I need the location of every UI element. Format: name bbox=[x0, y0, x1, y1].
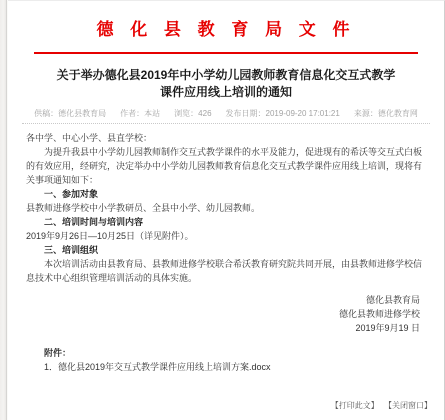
meta-date-value: 2019-09-20 17:01:21 bbox=[266, 109, 340, 118]
meta-source-label: 供稿： bbox=[34, 109, 58, 118]
meta-origin-value: 德化教育网 bbox=[378, 109, 418, 118]
signature-block: 德化县教育局 德化县教师进修学校 2019年9月19 日 bbox=[8, 293, 420, 335]
meta-author: 作者：本站 bbox=[120, 109, 160, 118]
meta-origin: 来源：德化教育网 bbox=[354, 109, 418, 118]
dotted-divider bbox=[22, 123, 430, 124]
article-body: 各中学、中心小学、县直学校： 为提升我县中小学幼儿园教师制作交互式教学课件的水平… bbox=[26, 131, 426, 285]
red-divider bbox=[34, 52, 418, 54]
page-left-edge bbox=[0, 0, 7, 420]
meta-publish-date: 发布日期：2019-09-20 17:01:21 bbox=[226, 109, 340, 118]
salutation: 各中学、中心小学、县直学校： bbox=[26, 131, 426, 145]
meta-origin-label: 来源： bbox=[354, 109, 378, 118]
signature-org-1: 德化县教育局 bbox=[8, 293, 420, 307]
close-window-link[interactable]: 【关闭窗口】 bbox=[384, 401, 432, 410]
print-article-link[interactable]: 【打印此文】 bbox=[331, 401, 379, 410]
document-header-title: 德 化 县 教 育 局 文 件 bbox=[8, 1, 444, 40]
signature-org-2: 德化县教师进修学校 bbox=[8, 307, 420, 321]
section-1-heading: 一、参加对象 bbox=[26, 187, 426, 201]
attachment-label: 附件： bbox=[44, 346, 426, 360]
section-1-body: 县教师进修学校中小学教研员、全县中小学、幼儿园教师。 bbox=[26, 201, 426, 215]
signature-date: 2019年9月19 日 bbox=[8, 321, 420, 335]
attachment-block: 附件： 1．德化县2019年交互式教学课件应用线上培训方案.docx bbox=[44, 346, 426, 374]
section-2-heading: 二、培训时间与培训内容 bbox=[26, 215, 426, 229]
meta-author-label: 作者： bbox=[120, 109, 144, 118]
intro-paragraph: 为提升我县中小学幼儿园教师制作交互式教学课件的水平及能力，促进现有的希沃等交互式… bbox=[26, 145, 426, 187]
article-meta-bar: 供稿：德化县教育局作者：本站浏览：426发布日期：2019-09-20 17:0… bbox=[8, 108, 444, 119]
meta-views-label: 浏览： bbox=[174, 109, 198, 118]
article-title-line2: 课件应用线上培训的通知 bbox=[8, 84, 444, 101]
meta-views: 浏览：426 bbox=[174, 109, 211, 118]
article-title: 关于举办德化县2019年中小学幼儿园教师教育信息化交互式教学 课件应用线上培训的… bbox=[8, 67, 444, 101]
meta-date-label: 发布日期： bbox=[226, 109, 266, 118]
attachment-file-link[interactable]: 1．德化县2019年交互式教学课件应用线上培训方案.docx bbox=[44, 360, 426, 374]
meta-views-value: 426 bbox=[198, 109, 211, 118]
article-footer-actions: 【打印此文】 【关闭窗口】 bbox=[328, 400, 432, 411]
article-container: 德 化 县 教 育 局 文 件 关于举办德化县2019年中小学幼儿园教师教育信息… bbox=[8, 0, 445, 420]
section-2-body: 2019年9月26日—10月25日（详见附件）。 bbox=[26, 229, 426, 243]
section-3-heading: 三、培训组织 bbox=[26, 243, 426, 257]
page: 德 化 县 教 育 局 文 件 关于举办德化县2019年中小学幼儿园教师教育信息… bbox=[0, 0, 445, 420]
meta-source: 供稿：德化县教育局 bbox=[34, 109, 106, 118]
meta-author-value: 本站 bbox=[144, 109, 160, 118]
article-title-line1: 关于举办德化县2019年中小学幼儿园教师教育信息化交互式教学 bbox=[8, 67, 444, 84]
section-3-body: 本次培训活动由县教育局、县教师进修学校联合希沃教育研究院共同开展，由县教师进修学… bbox=[26, 257, 426, 285]
meta-source-value: 德化县教育局 bbox=[58, 109, 106, 118]
